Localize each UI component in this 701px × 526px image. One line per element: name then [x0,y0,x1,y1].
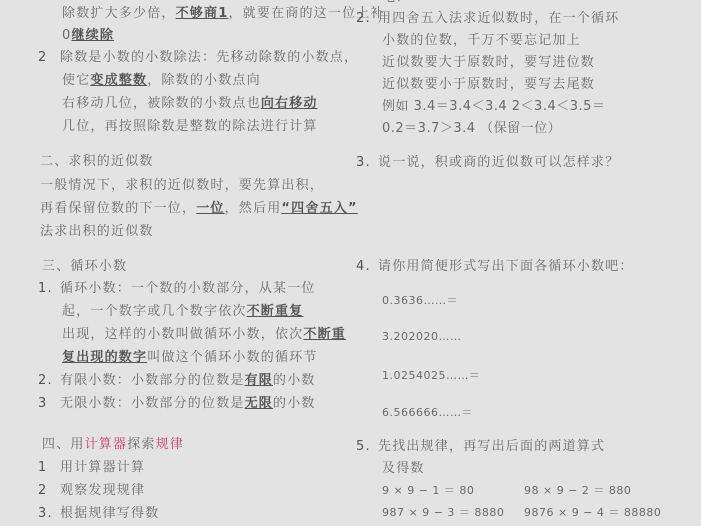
question-number: 2. [356,9,378,29]
section-heading: 四、用计算器探索规律 [42,435,184,455]
text-line: 0.2＝3.7＞3.4 （保留一位） [382,119,561,139]
key-term: 不断重 [303,327,346,342]
text: ，然后用 [225,201,282,216]
text: 四、用 [42,437,85,452]
section-heading: 三、循环小数 [42,257,127,277]
list-item: 2.有限小数：小数部分的位数是有限的小数 [38,371,316,391]
text: 出现，这样的小数叫做循环小数，依次 [62,327,303,342]
text-line: 起，一个数字或几个数字依次不断重复 [62,302,303,322]
text-line: 例如 3.4＝3.4＜3.4 2＜3.4＜3.5＝ [382,97,605,117]
key-term: 变成整数 [90,73,147,88]
key-term: 无限 [245,396,273,411]
text: 起，一个数字或几个数字依次 [62,304,247,319]
text: 的小数 [273,373,316,388]
text: 无限小数：小数部分的位数是 [60,396,245,411]
list-item: 1用计算器计算 [38,458,145,478]
key-term: 不够商1 [176,6,229,21]
item-number: 1. [38,279,60,299]
key-term: 继续除 [71,28,114,43]
question: 2.用四舍五入法求近似数时，在一个循环 [356,9,619,29]
highlight-term: 规律 [156,437,184,452]
item-number: 2 [38,481,60,501]
text-line: 几位，再按照除数是整数的除法进行计算 [62,117,318,137]
text: 除数是小数的小数除法：先移动除数的小数点， [60,50,358,65]
text: 循环小数：一个数的小数部分，从某一位 [60,281,316,296]
text-line: 小数的位数，千万不要忘记加上 [382,31,581,51]
text: 除数扩大多少倍， [62,6,176,21]
key-term: 有限 [245,373,273,388]
text: 的小数 [273,396,316,411]
key-term: 向右移动 [261,96,318,111]
list-item: 3无限小数：小数部分的位数是无限的小数 [38,394,316,414]
item-number: 2. [38,371,60,391]
item-number: 3 [38,394,60,414]
section-heading: 二、求积的近似数 [40,152,154,172]
text-line: 吧？ [382,0,410,8]
text: 根据规律写得数 [60,506,159,521]
text: 探索 [127,437,155,452]
list-item: 2观察发现规律 [38,481,145,501]
list-item: 3.根据规律写得数 [38,504,159,524]
text: ，除数的小数点向 [147,73,261,88]
text-line: 及得数 [382,459,425,479]
text: 叫做这个循环小数的循环节 [147,350,317,365]
item-number: 1 [38,458,60,478]
text-line: 近似数要小于原数时，要写去尾数 [382,75,595,95]
text-line: 法求出积的近似数 [40,222,154,242]
text: 说一说，积或商的近似数可以怎样求？ [378,155,619,170]
exercise-item: 6.566666……＝ [382,403,473,423]
exercise-item: 0.3636……＝ [382,291,458,311]
text: 用计算器计算 [60,460,145,475]
text-line: 近似数要大于原数时，要写进位数 [382,53,595,73]
text-line: 出现，这样的小数叫做循环小数，依次不断重 [62,325,346,345]
key-term: 复出现的数字 [62,350,147,365]
question: 3.说一说，积或商的近似数可以怎样求？ [356,153,619,173]
text: 请你用简便形式写出下面各循环小数吧： [378,259,634,274]
key-term: “四舍五入” [281,201,357,216]
item-number: 3. [38,504,60,524]
text-line: 0继续除 [62,26,114,46]
list-item: 2除数是小数的小数除法：先移动除数的小数点， [38,48,358,68]
item-number: 2 [38,48,60,68]
text-line: 复出现的数字叫做这个循环小数的循环节 [62,348,318,368]
equation: 98 × 9 − 2 ＝ 880 [524,481,631,501]
text: 再看保留位数的下一位， [40,201,196,216]
text: 几位，再按照除数是整数的除法进行计算 [62,119,318,134]
text-line: 使它变成整数，除数的小数点向 [62,71,261,91]
exercise-item: 3.202020…… [382,327,462,347]
text: 有限小数：小数部分的位数是 [60,373,245,388]
text: 先找出规律，再写出后面的两道算式 [378,439,605,454]
question-number: 4. [356,257,378,277]
list-item: 1.循环小数：一个数的小数部分，从某一位 [38,279,316,299]
text-line: 除数扩大多少倍，不够商1，就要在商的这一位上补 [62,4,385,24]
question-number: 3. [356,153,378,173]
exercise-item: 1.0254025……＝ [382,366,481,386]
highlight-term: 计算器 [85,437,128,452]
text-line: 右移动几位，被除数的小数点也向右移动 [62,94,318,114]
text-line: 一般情况下，求积的近似数时，要先算出积， [40,176,324,196]
text: 使它 [62,73,90,88]
question: 4.请你用简便形式写出下面各循环小数吧： [356,257,634,277]
text: 观察发现规律 [60,483,145,498]
question: 5.先找出规律，再写出后面的两道算式 [356,437,605,457]
equation: 987 × 9 − 3 ＝ 8880 [382,503,504,523]
key-term: 一位 [196,201,224,216]
question-number: 5. [356,437,378,457]
text: 用四舍五入法求近似数时，在一个循环 [378,11,619,26]
equation: 9 × 9 − 1 ＝ 80 [382,481,474,501]
key-term: 不断重复 [247,304,304,319]
text-line: 再看保留位数的下一位，一位，然后用“四舍五入” [40,199,358,219]
equation: 9876 × 9 − 4 ＝ 88880 [524,503,661,523]
text: 右移动几位，被除数的小数点也 [62,96,261,111]
